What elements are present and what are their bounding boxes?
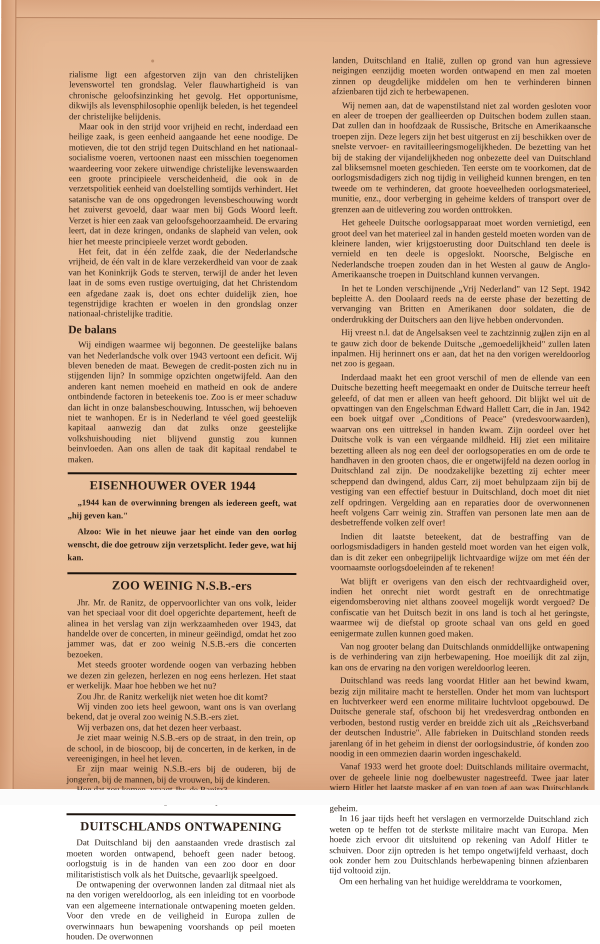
- column-rule: [68, 472, 297, 475]
- eisenhouwer-conclusion: Alzoo: Wie in het nieuwe jaar het einde …: [67, 526, 296, 566]
- section-heading-balans: De balans: [68, 325, 297, 336]
- column-rule: [67, 573, 296, 576]
- paragraph: Het geheele Duitsche oorlogsapparaat moe…: [331, 217, 590, 280]
- paragraph: rialisme ligt een afgestorven zijn van d…: [69, 69, 298, 122]
- paragraph: Wij vinden zoo iets heel gewoon, want on…: [67, 701, 296, 723]
- right-column: landen, Duitschland en Italië, zullen op…: [329, 55, 591, 805]
- paragraph: landen, Duitschland en Italië, zullen op…: [332, 55, 591, 98]
- paragraph: Inderdaad maakt het een groot verschil o…: [331, 372, 591, 529]
- paragraph: Wij nemen aan, dat de wapenstilstand nie…: [332, 100, 591, 215]
- ink-spot: [151, 59, 154, 62]
- paragraph: Jhr. Mr. de Ranitz, de oppervoorlichter …: [67, 597, 296, 660]
- paragraph: Indien dit laatste beteekent, dat de bes…: [330, 531, 589, 574]
- paragraph: Hij vreest n.l. dat de Angelsaksen veel …: [331, 327, 590, 370]
- paragraph: Er zijn maar weinig N.S.B.-ers bij de ou…: [67, 764, 296, 786]
- paragraph: Wij verbazen ons, dat het dezen heer ver…: [67, 722, 296, 733]
- paragraph: In het te Londen verschijnende „Vrij Ned…: [331, 283, 590, 326]
- scan-background: [0, 790, 600, 805]
- paragraph: Wat blijft er overigens van den eisch de…: [330, 576, 589, 639]
- left-column: rialisme ligt een afgestorven zijn van d…: [66, 69, 298, 805]
- headline-eisenhouwer: EISENHOUWER OVER 1944: [68, 480, 297, 491]
- paragraph: Wij eindigen waarmee wij begonnen. De ge…: [68, 339, 297, 465]
- paragraph: Met steeds grooter wordende oogen van ve…: [67, 659, 296, 691]
- torn-left-edge: [0, 0, 16, 789]
- eisenhouwer-quote: „1944 kan de overwinning brengen als ied…: [68, 497, 297, 524]
- paragraph: Duitschland was reeds lang voordat Hitle…: [330, 675, 589, 759]
- top-fold: [1, 0, 600, 20]
- paragraph: Maar ook in den strijd voor vrijheid en …: [69, 121, 298, 247]
- paragraph: Van nog grooter belang dan Duitschlands …: [330, 641, 589, 673]
- headline-nsb: ZOO WEINIG N.S.B.-ers: [67, 581, 296, 592]
- paragraph: Je ziet maar weinig N.S.B.-ers op de str…: [67, 732, 296, 764]
- paragraph: Het feit, dat in één zelfde zaak, die de…: [68, 246, 297, 320]
- paragraph: Zou Jhr. de Ranitz werkelijk niet weten …: [67, 691, 296, 702]
- newspaper-page: rialisme ligt een afgestorven zijn van d…: [0, 0, 597, 791]
